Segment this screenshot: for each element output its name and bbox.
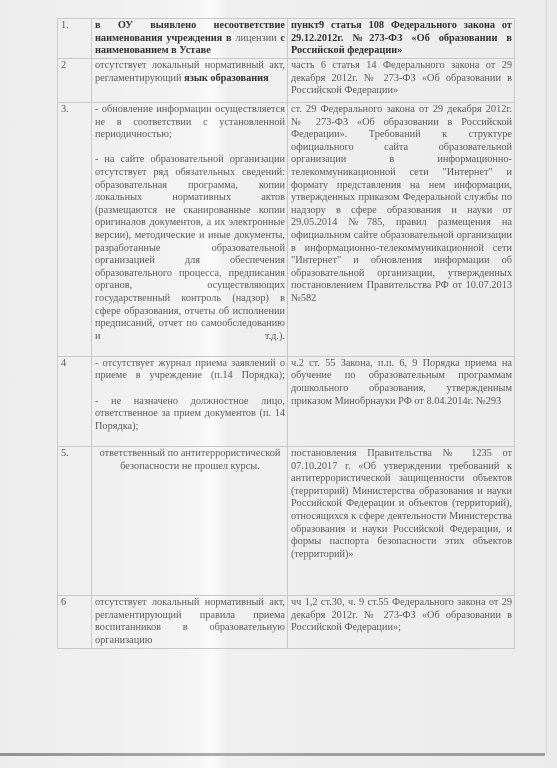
violation-paragraph: - не назначено должностное лицо, ответст… [95,396,285,446]
legal-basis-cell: часть 6 статья 14 Федерального закона от… [288,59,515,103]
table-row: 2 отсутствует локальный нормативный акт,… [58,59,515,103]
table-row: 1. в ОУ выявлено несоответствие наименов… [58,19,515,59]
row-number: 4 [58,356,92,446]
violation-paragraph: - отсутствует журнал приема заявлений о … [95,358,285,396]
violation-cell: отсутствует локальный нормативный акт, р… [92,59,288,103]
legal-basis-cell: постановления Правительства № 1235 от 07… [288,447,515,596]
legal-basis-cell: ч.2 ст. 55 Закона, п.п. 6, 9 Порядка при… [288,356,515,446]
violation-text: ответственный по антитеррористической бе… [100,448,281,472]
table-row: 3. - обновление информации осуществляетс… [58,103,515,357]
row-number: 5. [58,447,92,596]
violation-cell: отсутствует локальный нормативный акт, р… [92,596,288,649]
table-row: 4 - отсутствует журнал приема заявлений … [58,356,515,446]
page-edge [546,0,547,754]
violation-cell: ответственный по антитеррористической бе… [92,447,288,596]
violation-text: язык образования [184,73,269,84]
row-number: 2 [58,59,92,103]
violations-table: 1. в ОУ выявлено несоответствие наименов… [57,18,515,649]
violation-cell: - отсутствует журнал приема заявлений о … [92,356,288,446]
row-number: 1. [58,19,92,59]
row-number: 3. [58,103,92,357]
violation-cell: в ОУ выявлено несоответствие наименовани… [92,19,288,59]
legal-basis-cell: пункт9 статья 108 Федерального закона от… [288,19,515,59]
row-number: 6 [58,596,92,649]
table-row: 5. ответственный по антитеррористической… [58,447,515,596]
scan-bottom-edge [0,753,545,756]
legal-basis-cell: чч 1,2 ст.30, ч. 9 ст.55 Федерального за… [288,596,515,649]
violation-text: лицензии [235,33,280,44]
legal-basis-cell: ст. 29 Федерального закона от 29 декабря… [288,103,515,357]
table-row: 6 отсутствует локальный нормативный акт,… [58,596,515,649]
violation-cell: - обновление информации осуществляется н… [92,103,288,357]
violation-paragraph: - на сайте образовательной организации о… [95,154,285,356]
violation-paragraph: - обновление информации осуществляется н… [95,104,285,154]
